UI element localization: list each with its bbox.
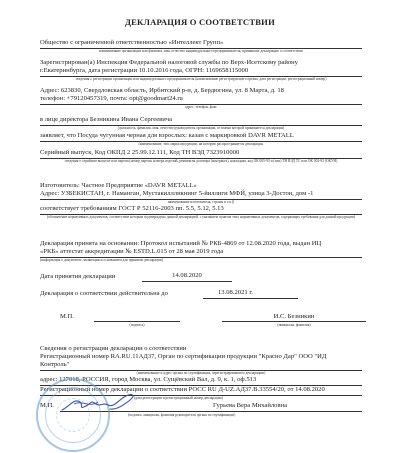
applicant-registration-line1: Зарегистрирован(а) Инспекция Федеральной… bbox=[40, 59, 298, 67]
document-title: ДЕКЛАРАЦИЯ О СООТВЕТСТВИИ bbox=[0, 17, 400, 27]
divider bbox=[222, 321, 366, 322]
product-statement-caption: (наименование, тип, марка продукции, на … bbox=[40, 142, 362, 146]
declaration-page: ДЕКЛАРАЦИЯ О СООТВЕТСТВИИ Общество с огр… bbox=[0, 0, 400, 453]
represented-by: в лице директора Безникина Ивана Сергеев… bbox=[40, 116, 172, 124]
manufacturer-line2: Адрес: УЗБЕКИСТАН, г. Наманган, Мустакил… bbox=[40, 190, 313, 198]
applicant-address-line2: телефон: +79120457319, почта: opt@goodma… bbox=[40, 95, 183, 103]
compliance-caption: (обозначение нормативных документов, соо… bbox=[40, 215, 362, 219]
registration-body-caption: (наименование и адрес органа по сертифик… bbox=[40, 371, 362, 375]
divider bbox=[142, 281, 232, 282]
compliance-text: соответствует требованиям ГОСТ Р 52116-2… bbox=[40, 205, 224, 213]
basis-caption: (информация о документах, являющихся осн… bbox=[40, 258, 163, 262]
manufacturer-caption: наименование изготовителя, страны и т.п.… bbox=[40, 200, 362, 204]
certification-head-caption: (подпись, инициалы, фамилия руководителя… bbox=[128, 413, 235, 417]
signature-icon bbox=[60, 392, 140, 414]
seal-label: М.П. bbox=[60, 313, 74, 321]
basis-line2: «РКБ» аттестат аккредитации № ESTD.L.015… bbox=[40, 248, 223, 256]
applicant-registration-line2: г.Екатеринбурга, дата регистрации 10.10.… bbox=[40, 67, 248, 75]
manufacturer-line1: Изготовитель: Частное Предприятие «DAVR … bbox=[40, 182, 197, 190]
applicant-name: Общество с ограниченной ответственностью… bbox=[40, 39, 223, 47]
product-codes-caption: сведения о серийном выпуске или партии (… bbox=[40, 159, 362, 163]
applicant-name-caption: наименование организации или фамилия, им… bbox=[40, 49, 362, 53]
represented-caption: (должность, фамилия, имя, отчество руков… bbox=[40, 126, 362, 130]
accepted-date-value: 14.08.2020 bbox=[142, 272, 232, 280]
certification-head-name: Гурьева Вера Михайловна bbox=[180, 402, 320, 410]
signature-caption: (подпись) bbox=[94, 323, 180, 327]
valid-until-value: 13.08.2021 г. bbox=[203, 289, 313, 297]
accepted-date-label: Дата принятия декларации bbox=[40, 273, 115, 281]
applicant-registration-caption: сведения о регистрации организации или и… bbox=[40, 77, 362, 81]
divider bbox=[203, 298, 298, 299]
valid-until-label: Декларация о соответствии действительна … bbox=[40, 290, 168, 298]
applicant-address-caption: адрес, телефон, факс bbox=[40, 105, 362, 109]
registration-body-line1: Регистрационный номер RA.RU.11АД37, Орга… bbox=[40, 353, 326, 361]
signer-caption: (инициалы, фамилия) bbox=[222, 323, 366, 327]
registration-number-caption: (дата регистрации и регистрационный номе… bbox=[134, 396, 223, 400]
product-codes: Серийный выпуск, Код ОКПД 2 25.99.12.111… bbox=[40, 149, 239, 157]
basis-line1: Декларация принята на основании: Протоко… bbox=[40, 240, 321, 248]
certification-stamp-icon bbox=[36, 378, 110, 452]
applicant-address-line1: Адрес: 623830, Свердловская область, Ирб… bbox=[40, 87, 284, 95]
signer-name: И.С. Безникин bbox=[222, 313, 366, 321]
registration-heading: Сведения о регистрации декларации о соот… bbox=[40, 345, 186, 353]
signature-line bbox=[94, 321, 180, 322]
registration-body-line2: Контроль" bbox=[40, 361, 69, 369]
product-statement: заявляет, что Посуда чугунная черная для… bbox=[40, 132, 294, 140]
